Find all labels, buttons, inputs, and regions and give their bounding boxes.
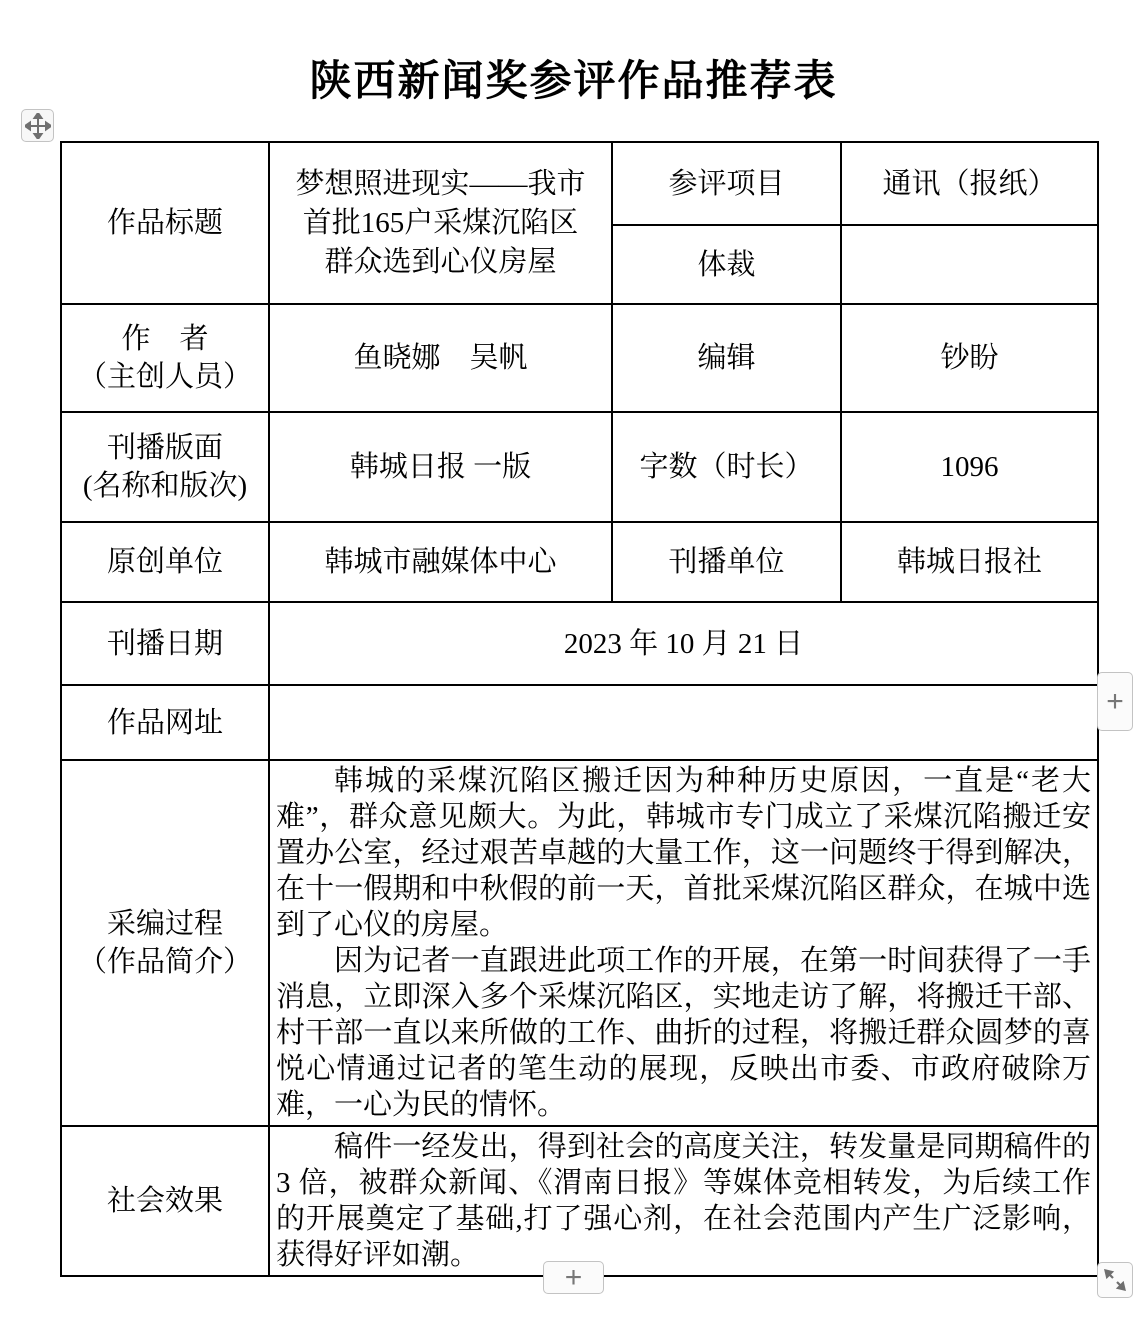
- genre-label: 体裁: [612, 225, 841, 304]
- social-effect-paragraph: 稿件一经发出，得到社会的高度关注，转发量是同期稿件的 3 倍，被群众新闻、《渭南…: [276, 1129, 1091, 1273]
- recommendation-table: 作品标题 梦想照进现实——我市首批165户采煤沉陷区群众选到心仪房屋 参评项目 …: [60, 141, 1099, 1277]
- table-resize-handle[interactable]: [1097, 1262, 1133, 1298]
- publish-date-cell[interactable]: 2023 年 10 月 21 日: [269, 602, 1098, 685]
- origin-org-cell[interactable]: 韩城市融媒体中心: [269, 522, 612, 602]
- word-count-cell[interactable]: 1096: [841, 412, 1098, 522]
- editor-cell[interactable]: 钞盼: [841, 304, 1098, 412]
- table-row: 作 者 （主创人员） 鱼晓娜 吴帆 编辑 钞盼: [61, 304, 1098, 412]
- publish-date-label: 刊播日期: [61, 602, 269, 685]
- work-url-label: 作品网址: [61, 685, 269, 760]
- document-page: 陕西新闻奖参评作品推荐表 作品标题 梦想照进现实——我市首批165户采煤沉陷区群…: [0, 0, 1147, 1329]
- editor-label: 编辑: [612, 304, 841, 412]
- table-row: 刊播日期 2023 年 10 月 21 日: [61, 602, 1098, 685]
- process-paragraph: 因为记者一直跟进此项工作的开展，在第一时间获得了一手消息，立即深入多个采煤沉陷区…: [276, 943, 1091, 1123]
- origin-org-label: 原创单位: [61, 522, 269, 602]
- layout-cell[interactable]: 韩城日报 一版: [269, 412, 612, 522]
- publish-org-cell[interactable]: 韩城日报社: [841, 522, 1098, 602]
- table-row: 作品标题 梦想照进现实——我市首批165户采煤沉陷区群众选到心仪房屋 参评项目 …: [61, 142, 1098, 225]
- table-row: 采编过程 （作品简介） 韩城的采煤沉陷区搬迁因为种种历史原因，一直是“老大难”，…: [61, 760, 1098, 1126]
- entry-category-label: 参评项目: [612, 142, 841, 225]
- table-row: 作品网址: [61, 685, 1098, 760]
- add-column-button[interactable]: +: [1097, 672, 1133, 731]
- entry-category-cell[interactable]: 通讯（报纸）: [841, 142, 1098, 225]
- add-row-button[interactable]: +: [543, 1261, 604, 1294]
- process-paragraph: 韩城的采煤沉陷区搬迁因为种种历史原因，一直是“老大难”，群众意见颇大。为此，韩城…: [276, 763, 1091, 943]
- plus-icon: +: [565, 1263, 583, 1293]
- table-move-handle[interactable]: [21, 109, 54, 142]
- word-count-label: 字数（时长）: [612, 412, 841, 522]
- page-title: 陕西新闻奖参评作品推荐表: [0, 48, 1147, 108]
- plus-icon: +: [1106, 687, 1124, 717]
- social-effect-cell[interactable]: 稿件一经发出，得到社会的高度关注，转发量是同期稿件的 3 倍，被群众新闻、《渭南…: [269, 1126, 1098, 1276]
- author-label: 作 者 （主创人员）: [61, 304, 269, 412]
- publish-org-label: 刊播单位: [612, 522, 841, 602]
- resize-diagonal-icon: [1102, 1267, 1128, 1293]
- process-label: 采编过程 （作品简介）: [61, 760, 269, 1126]
- layout-label: 刊播版面 (名称和版次): [61, 412, 269, 522]
- work-title-label: 作品标题: [61, 142, 269, 304]
- genre-cell[interactable]: [841, 225, 1098, 304]
- process-cell[interactable]: 韩城的采煤沉陷区搬迁因为种种历史原因，一直是“老大难”，群众意见颇大。为此，韩城…: [269, 760, 1098, 1126]
- table-row: 社会效果 稿件一经发出，得到社会的高度关注，转发量是同期稿件的 3 倍，被群众新…: [61, 1126, 1098, 1276]
- move-cross-icon: [25, 113, 51, 139]
- author-cell[interactable]: 鱼晓娜 吴帆: [269, 304, 612, 412]
- work-url-cell[interactable]: [269, 685, 1098, 760]
- table-row: 刊播版面 (名称和版次) 韩城日报 一版 字数（时长） 1096: [61, 412, 1098, 522]
- table-row: 原创单位 韩城市融媒体中心 刊播单位 韩城日报社: [61, 522, 1098, 602]
- work-title-value: 梦想照进现实——我市首批165户采煤沉陷区群众选到心仪房屋: [295, 165, 587, 282]
- social-effect-label: 社会效果: [61, 1126, 269, 1276]
- work-title-cell[interactable]: 梦想照进现实——我市首批165户采煤沉陷区群众选到心仪房屋: [269, 142, 612, 304]
